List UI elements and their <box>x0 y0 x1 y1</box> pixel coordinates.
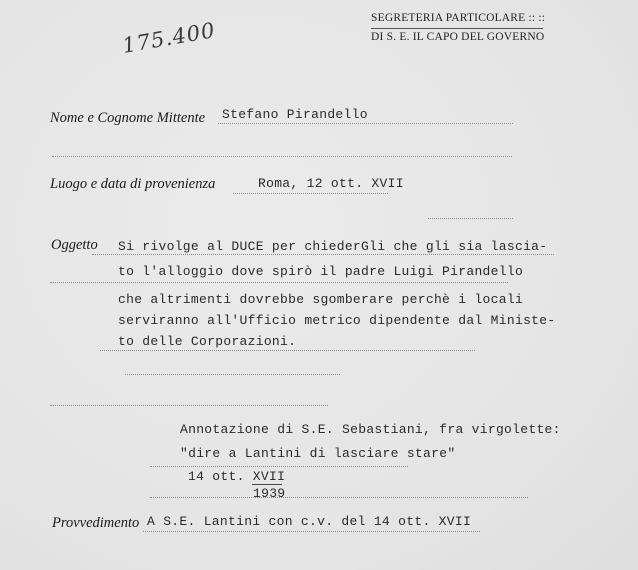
letterhead-line-2: DI S. E. IL CAPO DEL GOVERNO <box>371 31 544 43</box>
measure-dotted-line <box>143 531 480 532</box>
sender-value: Stefano Pirandello <box>222 107 368 122</box>
subject-line-3: che altrimenti dovrebbe sgomberare perch… <box>118 292 523 307</box>
handwritten-protocol-number: 175.400 <box>121 18 218 58</box>
subject-line-2: to l'alloggio dove spirò il padre Luigi … <box>118 264 523 279</box>
origin-value: Roma, 12 ott. XVII <box>258 176 404 191</box>
measure-value: A S.E. Lantini con c.v. del 14 ott. XVII <box>147 514 471 529</box>
subject-dotted-line-2 <box>50 282 508 283</box>
annotation-year: 1939 <box>253 486 285 501</box>
origin-dotted-line-2 <box>428 218 513 219</box>
annotation-date: 14 ott. XVII <box>188 469 285 484</box>
subject-label: Oggetto <box>51 237 98 254</box>
sender-dotted-line <box>218 123 513 124</box>
letterhead-line-1: SEGRETERIA PARTICOLARE :: :: <box>371 12 545 24</box>
subject-line-5: to delle Corporazioni. <box>118 334 296 349</box>
origin-dotted-line <box>233 193 388 194</box>
document-page: 175.400 SEGRETERIA PARTICOLARE :: :: DI … <box>0 0 638 570</box>
annotation-line-1: Annotazione di S.E. Sebastiani, fra virg… <box>180 422 561 437</box>
origin-label: Luogo e data di provenienza <box>50 176 215 193</box>
blank-dotted-line <box>52 156 512 157</box>
sender-label: Nome e Cognome Mittente <box>50 110 205 127</box>
letterhead-divider <box>371 28 543 29</box>
subject-dotted-line-1 <box>92 254 554 255</box>
blank-dotted-line-2 <box>125 374 340 375</box>
annotation-quote: "dire a Lantini di lasciare stare" <box>180 446 455 461</box>
annotation-date-underline <box>252 484 282 485</box>
annotation-dotted-line-1 <box>150 466 408 467</box>
measure-label: Provvedimento <box>52 515 139 532</box>
subject-line-4: serviranno all'Ufficio metrico dipendent… <box>118 313 555 328</box>
subject-line-1: Si rivolge al DUCE per chiederGli che gl… <box>118 239 547 254</box>
subject-dotted-line-3 <box>100 350 475 351</box>
annotation-dotted-line-2 <box>150 497 528 498</box>
blank-dotted-line-3 <box>50 405 328 406</box>
